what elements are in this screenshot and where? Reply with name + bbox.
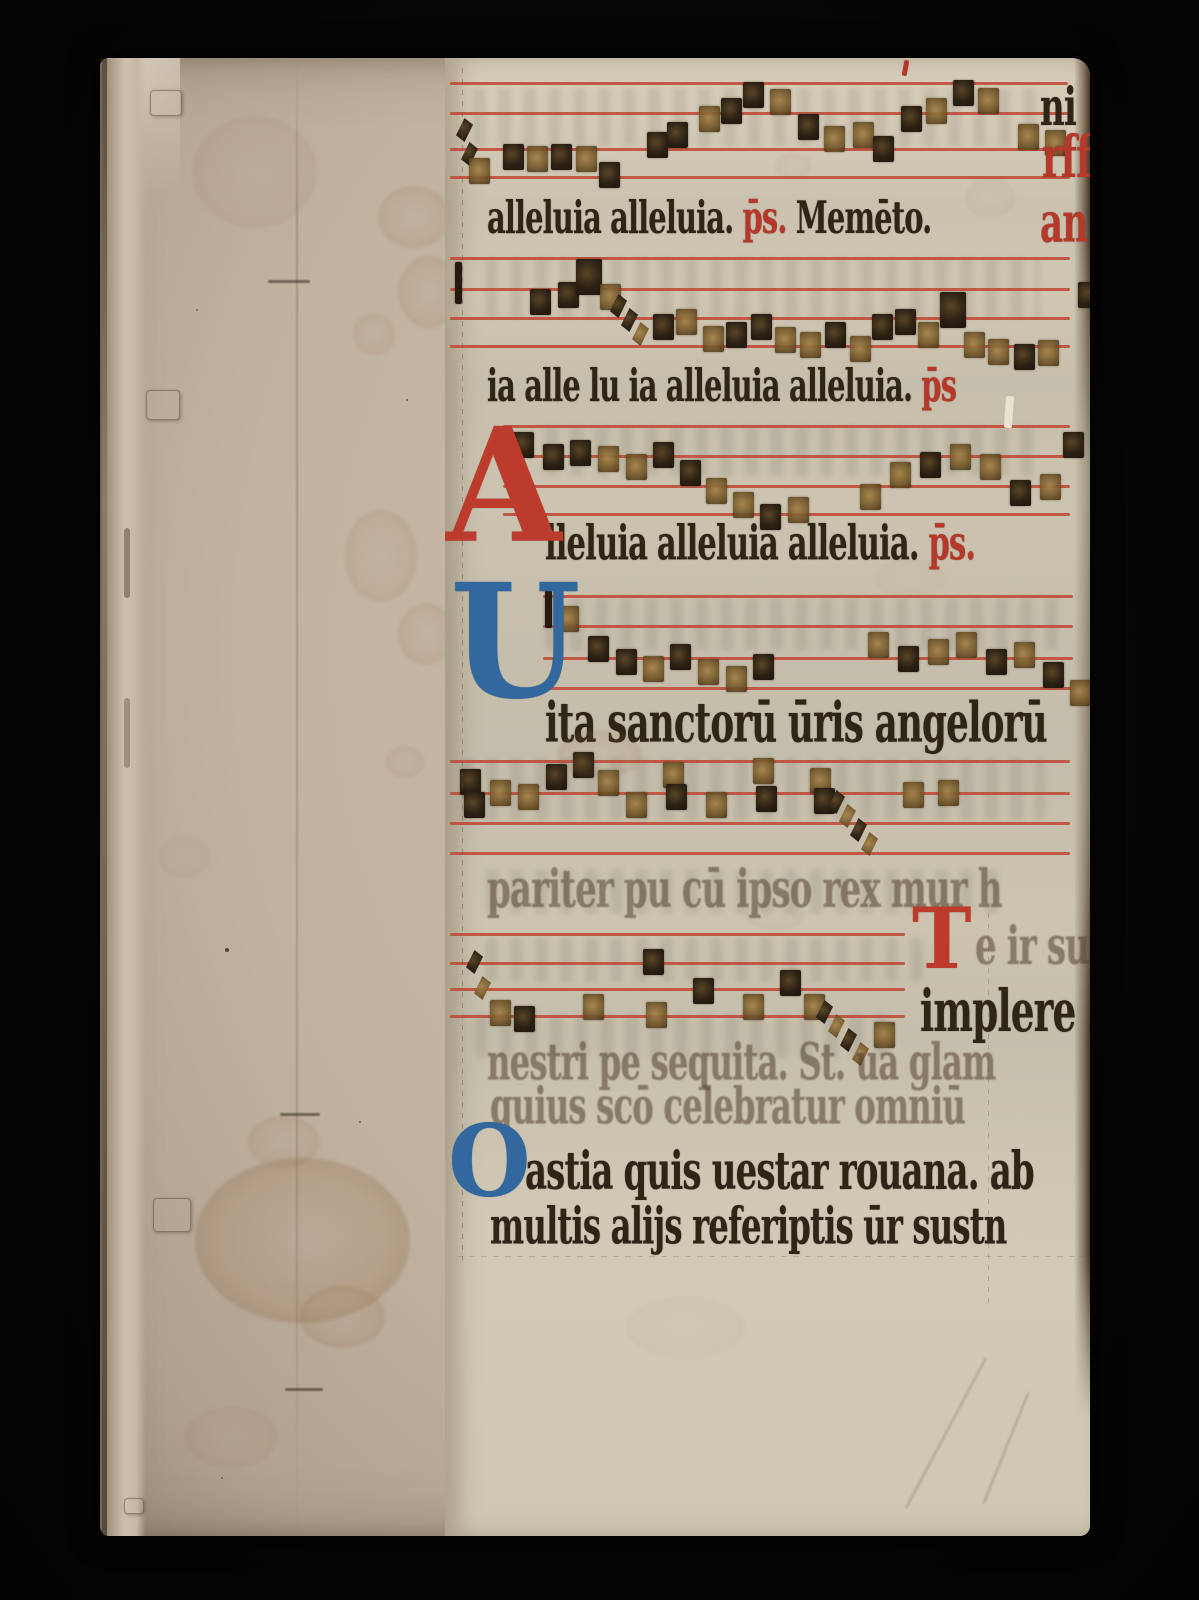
neume	[853, 122, 874, 148]
edge-fragment-3: an	[1040, 190, 1087, 255]
neume	[647, 132, 668, 158]
ghost-showthrough	[545, 598, 1065, 650]
neume	[693, 978, 714, 1004]
neume	[743, 82, 764, 108]
neume	[632, 322, 649, 346]
neume	[490, 1000, 511, 1026]
neume	[1040, 474, 1061, 500]
neume	[1010, 480, 1031, 506]
neume	[868, 632, 889, 658]
text-segment: quius scō celebratur omniū	[490, 1076, 965, 1135]
stain	[875, 558, 945, 598]
neume	[676, 309, 697, 335]
sewing-tab	[124, 1498, 144, 1514]
neume	[743, 994, 764, 1020]
neume	[703, 326, 724, 352]
neume	[706, 478, 727, 504]
illuminated-initial-A: A	[445, 420, 561, 554]
neume	[928, 639, 949, 665]
neume	[733, 492, 754, 518]
neume	[514, 1006, 535, 1032]
neume	[666, 784, 687, 810]
neume	[756, 786, 777, 812]
stain	[185, 1406, 277, 1468]
neume	[986, 649, 1007, 675]
neume	[920, 452, 941, 478]
neume	[643, 656, 664, 682]
page-crease-2	[983, 1392, 1030, 1504]
chant-text-1: alleluia alleluia. p̄s. Memēto.	[487, 192, 931, 245]
illuminated-initial-U: U	[450, 576, 581, 710]
sewing-tab	[153, 1198, 191, 1232]
book-spine	[100, 58, 146, 1536]
text-segment: astia quis uestar rouana. ab	[525, 1140, 1034, 1202]
neume	[940, 292, 966, 328]
neume	[753, 654, 774, 680]
neume	[653, 314, 674, 340]
neume	[753, 758, 774, 784]
chant-text-10: astia quis uestar rouana. ab	[525, 1140, 1034, 1202]
neume	[918, 322, 939, 348]
neume	[706, 792, 727, 818]
neume	[670, 644, 691, 670]
stain	[345, 510, 417, 602]
stain	[557, 730, 642, 778]
neume	[978, 88, 999, 114]
neume	[1018, 124, 1039, 150]
neume	[1043, 662, 1064, 688]
staff-line	[450, 257, 1070, 260]
neume	[860, 484, 881, 510]
sewing-tab	[150, 90, 182, 116]
neume	[872, 314, 893, 340]
chant-text-6: e ir sup	[975, 915, 1090, 977]
illuminated-initial-T: T	[912, 903, 972, 974]
staff-line	[543, 595, 1073, 598]
neume	[903, 782, 924, 808]
stain	[158, 836, 210, 878]
neume	[456, 118, 473, 142]
neume	[490, 780, 511, 806]
neume	[570, 440, 591, 466]
neume	[873, 136, 894, 162]
neume	[775, 327, 796, 353]
neume	[824, 126, 845, 152]
neume	[599, 162, 620, 188]
neume	[551, 144, 572, 170]
stain	[300, 1286, 385, 1348]
neume	[953, 80, 974, 106]
neume	[464, 792, 485, 818]
neume	[583, 994, 604, 1020]
neume	[1070, 680, 1090, 706]
staff-line	[450, 822, 1070, 825]
neume	[890, 462, 911, 488]
staff-line	[450, 962, 905, 965]
neume	[950, 444, 971, 470]
stain	[625, 1298, 745, 1358]
text-segment: alleluia alleluia.	[487, 192, 733, 245]
text-segment: e ir sup	[975, 915, 1090, 977]
neume	[780, 970, 801, 996]
neume	[751, 314, 772, 340]
neume	[503, 144, 524, 170]
ghost-showthrough	[485, 938, 925, 982]
neume	[455, 262, 462, 304]
ink-mark	[902, 60, 910, 77]
neume	[726, 322, 747, 348]
neume	[527, 146, 548, 172]
neume	[964, 332, 985, 358]
manuscript-page: alleluia alleluia. p̄s. Memēto.ia alle l…	[445, 58, 1090, 1536]
text-segment: an	[1040, 190, 1087, 255]
staff-line	[450, 176, 1070, 179]
ink-mark	[1004, 396, 1014, 428]
stain	[353, 313, 395, 355]
staff-line	[450, 112, 1068, 115]
neume	[626, 792, 647, 818]
neume	[680, 460, 701, 486]
neume	[988, 339, 1009, 365]
staff-line	[543, 625, 1073, 628]
edge-fragment-2: rff	[1042, 124, 1090, 191]
neume	[518, 784, 539, 810]
neume	[800, 332, 821, 358]
neume	[901, 106, 922, 132]
staff-line	[450, 852, 1070, 855]
stain	[965, 178, 1015, 218]
seam-mark	[285, 1388, 323, 1391]
chant-text-11: multis alijs referiptis ūr sustn	[490, 1196, 1006, 1255]
neume	[956, 632, 977, 658]
neume	[646, 1002, 667, 1028]
neume	[926, 98, 947, 124]
neume	[616, 649, 637, 675]
neume	[770, 89, 791, 115]
neume	[1014, 344, 1035, 370]
stain	[378, 186, 450, 248]
text-segment: p̄s	[912, 360, 956, 413]
neume	[1078, 282, 1090, 308]
neume	[643, 949, 664, 975]
neume	[598, 446, 619, 472]
neume	[653, 442, 674, 468]
stain	[775, 153, 811, 179]
seam-mark	[268, 280, 310, 283]
stain	[248, 1116, 320, 1168]
neume	[667, 122, 688, 148]
neume	[1063, 432, 1084, 458]
neume	[895, 309, 916, 335]
neume	[825, 322, 846, 348]
neume	[721, 98, 742, 124]
neume	[798, 114, 819, 140]
text-segment: Memēto.	[796, 192, 932, 245]
stain	[745, 900, 805, 930]
neume	[850, 336, 871, 362]
neume	[699, 106, 720, 132]
neume	[1038, 340, 1059, 366]
staff-line	[450, 933, 905, 936]
illuminated-initial-O: O	[448, 1120, 531, 1205]
neume	[1014, 642, 1035, 668]
staff-line	[503, 485, 1070, 488]
neume	[938, 780, 959, 806]
page-crease-1	[905, 1357, 987, 1508]
stain	[192, 116, 317, 228]
manuscript-book: alleluia alleluia. p̄s. Memēto.ia alle l…	[100, 58, 1090, 1536]
ruling-line	[457, 1256, 1085, 1257]
text-segment: rff	[1042, 124, 1090, 191]
neume	[576, 259, 602, 295]
neume	[588, 636, 609, 662]
stain	[386, 746, 424, 778]
neume	[980, 454, 1001, 480]
neume	[576, 146, 597, 172]
neume	[898, 646, 919, 672]
text-segment: p̄s.	[733, 192, 795, 245]
stain	[195, 1158, 410, 1323]
neume	[530, 289, 551, 315]
photograph-stage: alleluia alleluia. p̄s. Memēto.ia alle l…	[0, 0, 1199, 1600]
neume	[626, 454, 647, 480]
text-segment: multis alijs referiptis ūr sustn	[490, 1196, 1006, 1255]
sewing-tab	[146, 390, 180, 420]
fore-edge	[1074, 58, 1090, 1418]
text-segment: lleluia alleluia alleluia.	[545, 516, 919, 571]
staff-line	[503, 425, 1070, 428]
neume	[469, 158, 490, 184]
neume	[726, 666, 747, 692]
chant-text-9: quius scō celebratur omniū	[490, 1076, 965, 1135]
neume	[698, 659, 719, 685]
staff-line	[450, 988, 905, 991]
